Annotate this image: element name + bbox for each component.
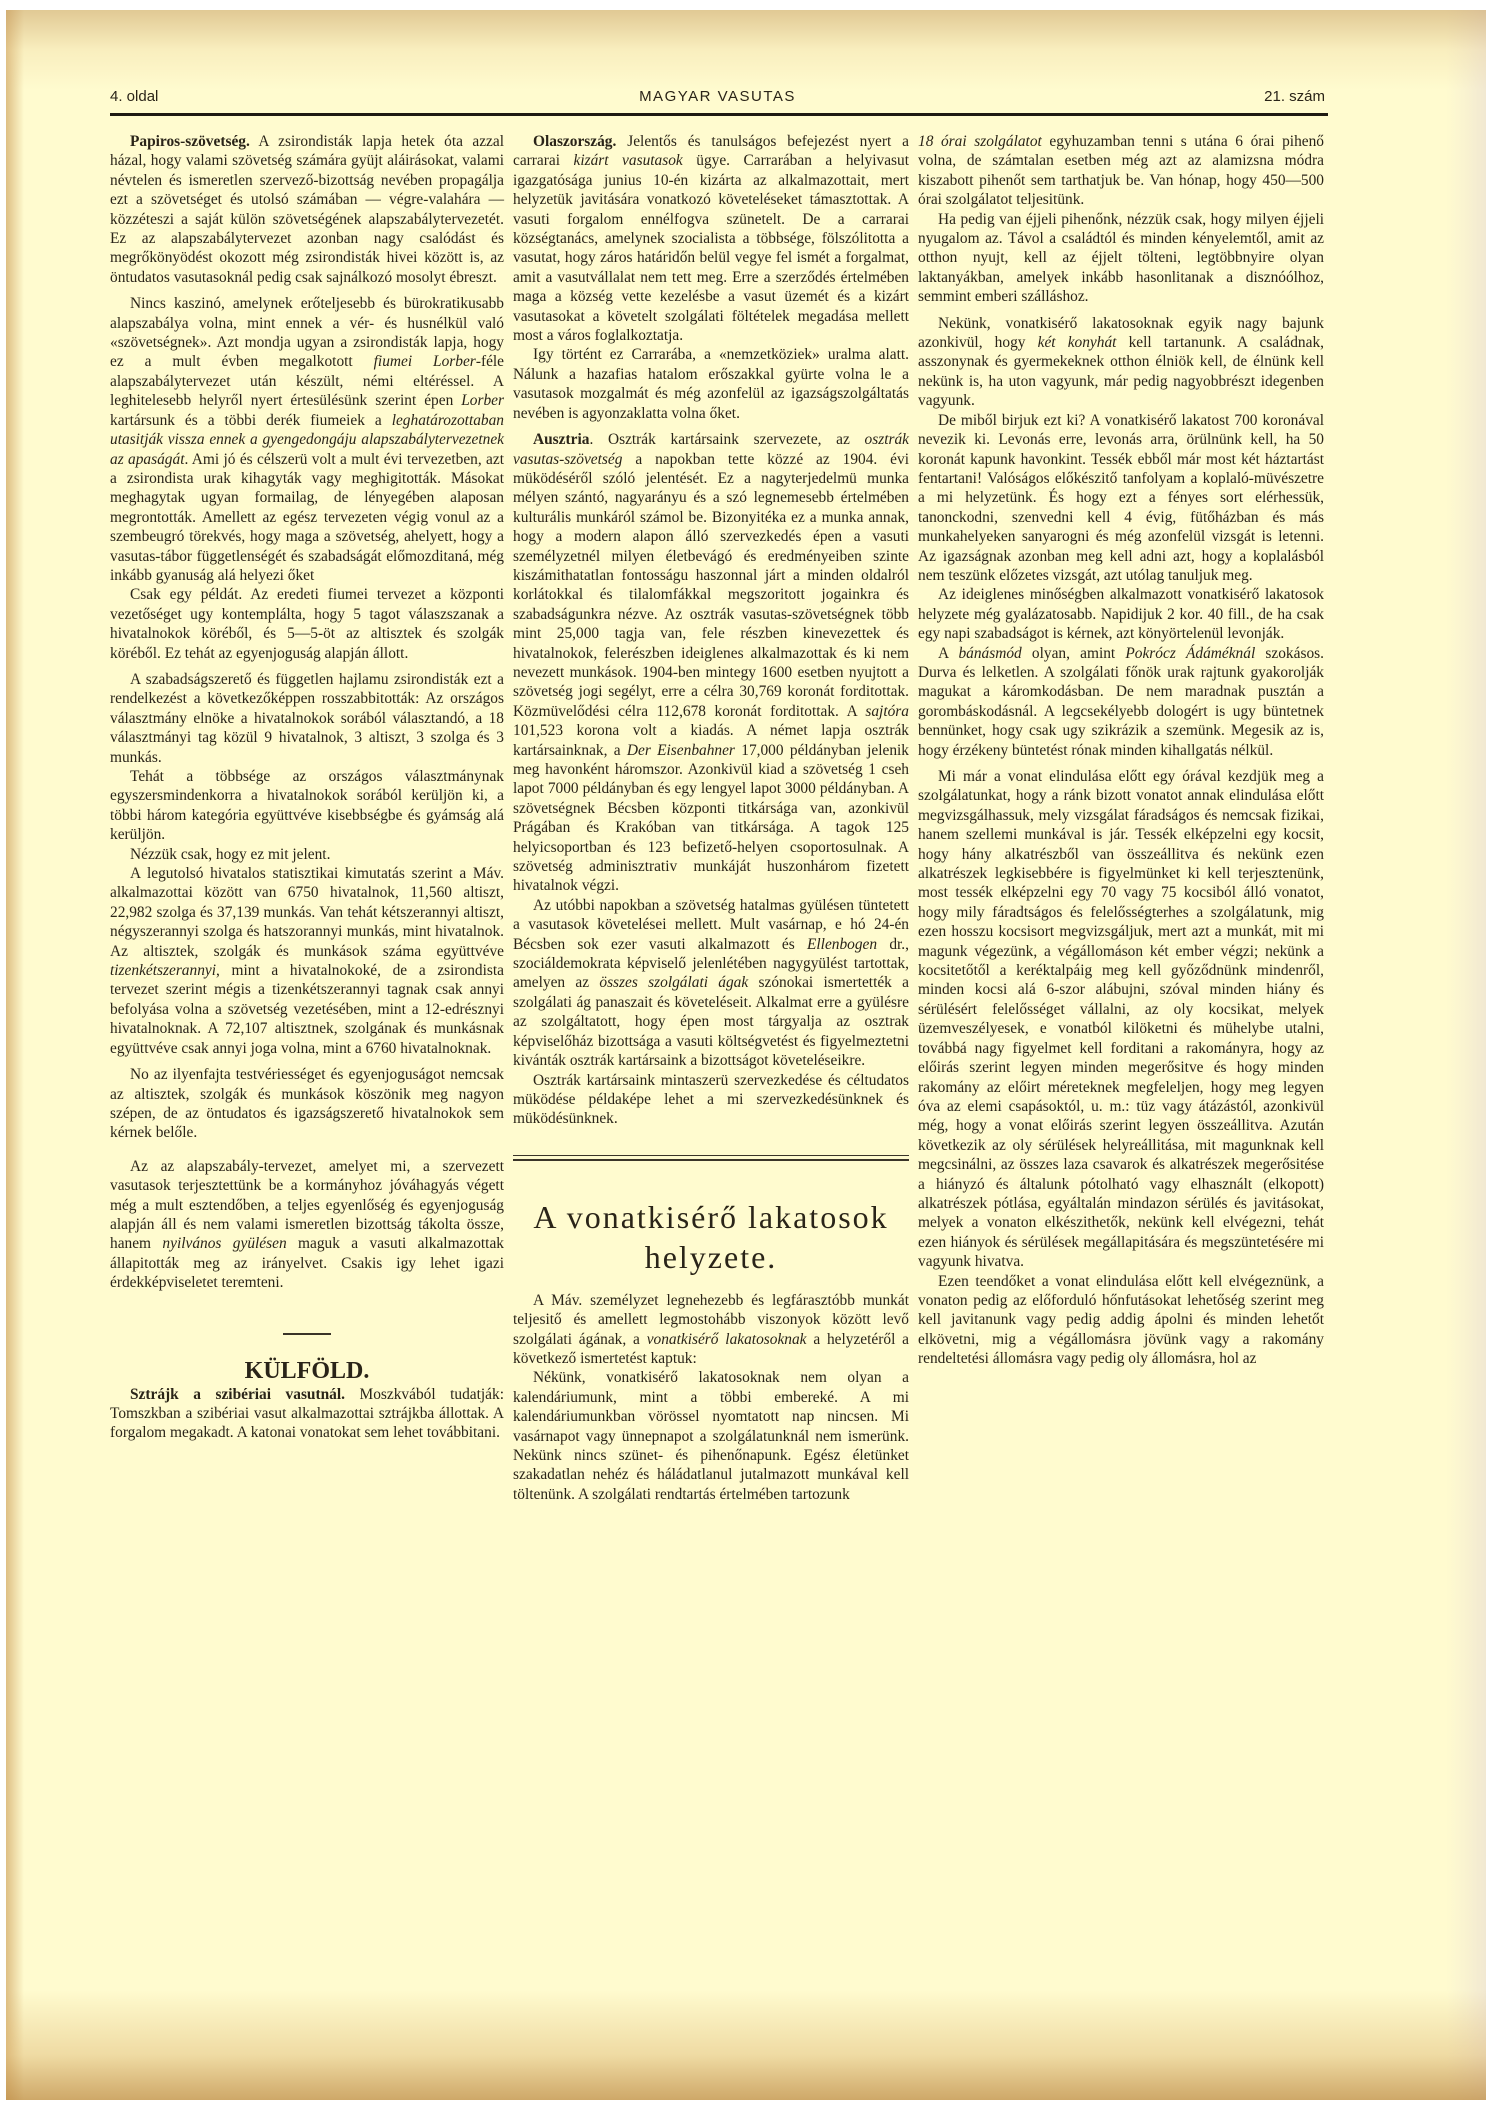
runin-heading-ausztria: Ausztria: [533, 431, 589, 448]
paragraph: Mi már a vonat elindulása előtt egy óráv…: [918, 767, 1324, 1272]
paragraph: Ezen teendőket a vonat elindulása előtt …: [918, 1272, 1324, 1369]
publication-title: MAGYAR VASUTAS: [110, 88, 1325, 105]
column-1: Papiros-szövetség. A zsirondisták lapja …: [110, 132, 504, 1443]
article-title: A vonatkisérő lakatosok helyzete.: [513, 1197, 909, 1277]
paragraph: Csak egy példát. Az eredeti fiumei terve…: [110, 585, 504, 663]
issue-number: 21. szám: [1264, 88, 1325, 105]
section-heading-kulfold: KÜLFÖLD.: [110, 1357, 504, 1385]
column-2: Olaszország. Jelentős és tanulságos befe…: [513, 132, 909, 1504]
article-divider: [513, 1155, 909, 1161]
paragraph: Az az alapszabály-tervezet, amelyet mi, …: [110, 1157, 504, 1293]
paragraph: Sztrájk a szibériai vasutnál. Moszkvából…: [110, 1385, 504, 1443]
paragraph: Az ideiglenes minőségben alkalmazott von…: [918, 585, 1324, 643]
paragraph: Nékünk, vonatkisérő lakatosoknak nem oly…: [513, 1368, 909, 1504]
paragraph: A szabadságszerető és független hajlamu …: [110, 670, 504, 767]
paragraph: A bánásmód olyan, amint Pokrócz Ádámékná…: [918, 644, 1324, 760]
paragraph: 18 órai szolgálatot egyhuzamban tenni s …: [918, 132, 1324, 210]
paragraph: A legutolsó hivatalos statisztikai kimut…: [110, 864, 504, 1058]
paragraph: Az utóbbi napokban a szövetség hatalmas …: [513, 896, 909, 1071]
paragraph: Ha pedig van éjjeli pihenőnk, nézzük csa…: [918, 210, 1324, 307]
runin-heading-olaszorszag: Olaszország.: [533, 133, 616, 150]
paragraph: Papiros-szövetség. A zsirondisták lapja …: [110, 132, 504, 287]
column-3: 18 órai szolgálatot egyhuzamban tenni s …: [918, 132, 1324, 1369]
paragraph: Nekünk, vonatkisérő lakatosoknak egyik n…: [918, 314, 1324, 411]
section-divider: [283, 1333, 331, 1335]
header-rule: [110, 113, 1328, 116]
paragraph: Igy történt ez Carrarába, a «nemzetközie…: [513, 345, 909, 423]
paragraph: De miből birjuk ezt ki? A vonatkisérő la…: [918, 411, 1324, 586]
paragraph: Olaszország. Jelentős és tanulságos befe…: [513, 132, 909, 345]
runin-heading-sztrajk: Sztrájk a szibériai vasutnál.: [130, 1386, 345, 1403]
runin-heading-papiros: Papiros-szövetség.: [130, 133, 250, 150]
paragraph: Nincs kaszinó, amelynek erőteljesebb és …: [110, 294, 504, 585]
paragraph: Osztrák kartársaink mintaszerü szervezke…: [513, 1071, 909, 1129]
paragraph: Nézzük csak, hogy ez mit jelent.: [110, 845, 504, 864]
paragraph: Tehát a többsége az országos választmány…: [110, 767, 504, 845]
paragraph: A Máv. személyzet legnehezebb és legfára…: [513, 1291, 909, 1369]
paragraph: No az ilyenfajta testvériességet és egye…: [110, 1065, 504, 1143]
paragraph: Ausztria. Osztrák kartársaink szervezete…: [513, 430, 909, 896]
